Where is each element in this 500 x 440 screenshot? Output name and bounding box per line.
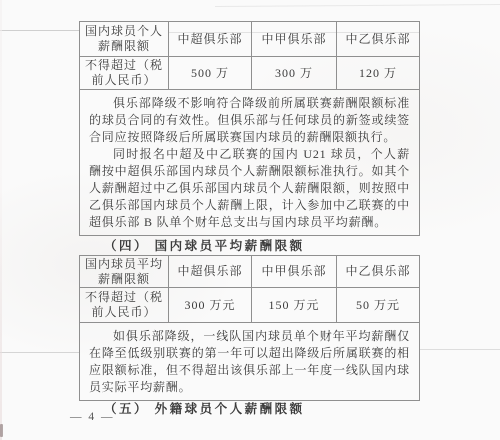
column-header-league-one: 中甲俱乐部 bbox=[252, 256, 337, 287]
table-notes-block: 如俱乐部降级，一线队国内球员单个财年平均薪酬仅在降至低级别联赛的第一年可以超出降… bbox=[80, 323, 419, 400]
table-header-row: 国内球员个人薪酬限额 中超俱乐部 中甲俱乐部 中乙俱乐部 bbox=[80, 22, 419, 57]
column-header-league-two: 中乙俱乐部 bbox=[337, 22, 419, 56]
domestic-player-average-salary-cap-table: 国内球员平均薪酬限额 中超俱乐部 中甲俱乐部 中乙俱乐部 不得超过（税前人民币）… bbox=[79, 255, 420, 401]
scan-edge-smudge bbox=[0, 424, 3, 437]
value-league-two: 120 万 bbox=[337, 57, 419, 89]
table-corner-label: 国内球员个人薪酬限额 bbox=[80, 22, 169, 56]
section-heading-5: （五） 外籍球员个人薪酬限额 bbox=[104, 399, 305, 417]
value-league-two: 50 万元 bbox=[337, 288, 419, 322]
value-csl: 500 万 bbox=[169, 57, 252, 89]
note-paragraph: 同时报名中超及中乙联赛的国内 U21 球员，个人薪酬按中超俱乐部国内球员个人薪酬… bbox=[89, 146, 410, 231]
domestic-player-individual-salary-cap-table: 国内球员个人薪酬限额 中超俱乐部 中甲俱乐部 中乙俱乐部 不得超过（税前人民币）… bbox=[79, 21, 420, 236]
note-paragraph: 俱乐部降级不影响符合降级前所属联赛薪酬限额标准的球员合同的有效性。但俱乐部与任何… bbox=[89, 95, 410, 146]
scan-artifact-line-left-lower bbox=[0, 352, 79, 353]
scan-artifact-line-right-lower bbox=[420, 349, 500, 350]
value-league-one: 150 万元 bbox=[252, 288, 337, 322]
scanned-document-page: 国内球员个人薪酬限额 中超俱乐部 中甲俱乐部 中乙俱乐部 不得超过（税前人民币）… bbox=[0, 0, 500, 440]
section-heading-4: （四） 国内球员平均薪酬限额 bbox=[104, 236, 305, 254]
column-header-csl: 中超俱乐部 bbox=[169, 256, 252, 287]
scan-artifact-line-top-right bbox=[215, 4, 500, 7]
note-paragraph: 如俱乐部降级，一线队国内球员单个财年平均薪酬仅在降至低级别联赛的第一年可以超出降… bbox=[89, 328, 410, 396]
column-header-league-one: 中甲俱乐部 bbox=[252, 22, 337, 56]
scan-artifact-line-left-upper bbox=[0, 30, 79, 31]
table-value-row: 不得超过（税前人民币） 300 万元 150 万元 50 万元 bbox=[80, 288, 419, 323]
row-label-max-limit: 不得超过（税前人民币） bbox=[80, 57, 169, 89]
page-number: — 4 — bbox=[70, 411, 115, 423]
value-league-one: 300 万 bbox=[252, 57, 337, 89]
column-header-csl: 中超俱乐部 bbox=[169, 22, 252, 56]
table-header-row: 国内球员平均薪酬限额 中超俱乐部 中甲俱乐部 中乙俱乐部 bbox=[80, 256, 419, 288]
table-value-row: 不得超过（税前人民币） 500 万 300 万 120 万 bbox=[80, 57, 419, 90]
column-header-league-two: 中乙俱乐部 bbox=[337, 256, 419, 287]
table-corner-label: 国内球员平均薪酬限额 bbox=[80, 256, 169, 287]
row-label-max-limit: 不得超过（税前人民币） bbox=[80, 288, 169, 322]
scan-edge-strip bbox=[0, 0, 2, 440]
table-notes-block: 俱乐部降级不影响符合降级前所属联赛薪酬限额标准的球员合同的有效性。但俱乐部与任何… bbox=[80, 90, 419, 235]
value-csl: 300 万元 bbox=[169, 288, 252, 322]
